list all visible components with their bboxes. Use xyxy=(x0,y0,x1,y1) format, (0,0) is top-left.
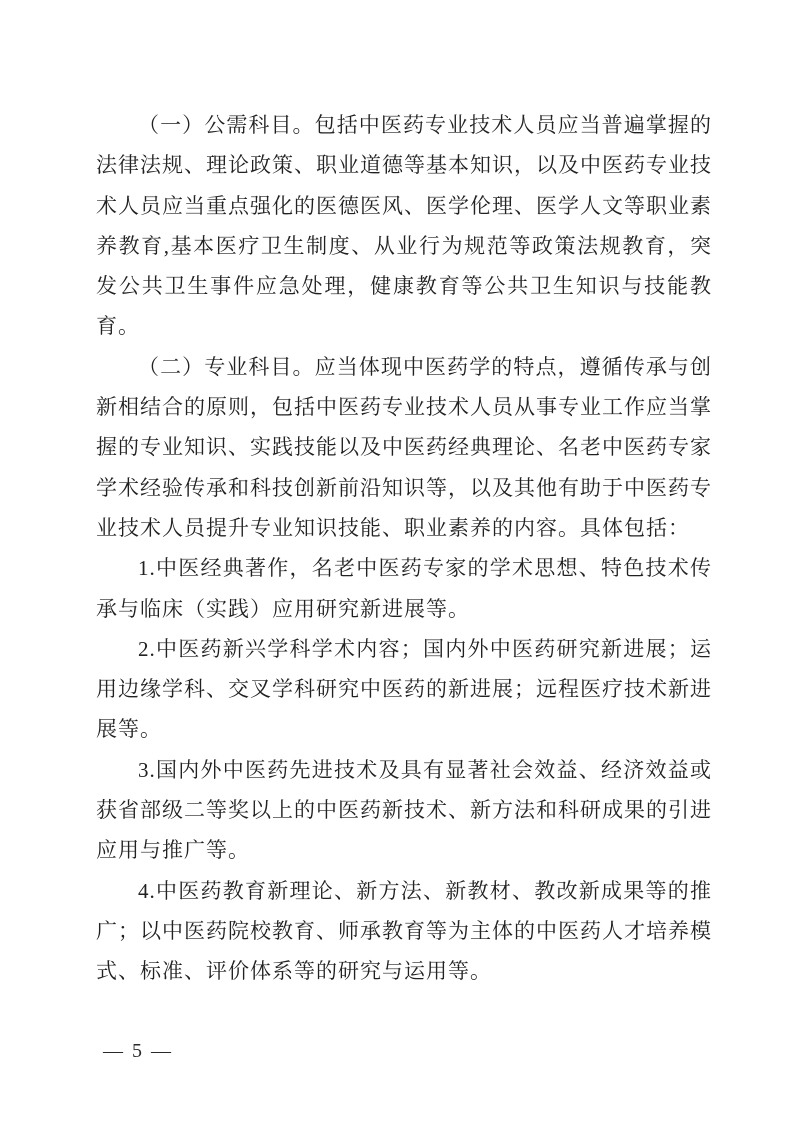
list-item-3: 3.国内外中医药先进技术及具有显著社会效益、经济效益或获省部级二等奖以上的中医药… xyxy=(96,750,712,871)
list-item-2: 2.中医药新兴学科学术内容；国内外中医药研究新进展；运用边缘学科、交叉学科研究中… xyxy=(96,629,712,750)
paragraph-public-subjects: （一）公需科目。包括中医药专业技术人员应当普遍掌握的法律法规、理论政策、职业道德… xyxy=(96,105,712,347)
page-number: — 5 — xyxy=(103,1038,173,1064)
document-body: （一）公需科目。包括中医药专业技术人员应当普遍掌握的法律法规、理论政策、职业道德… xyxy=(96,105,712,992)
document-page: （一）公需科目。包括中医药专业技术人员应当普遍掌握的法律法规、理论政策、职业道德… xyxy=(0,0,800,1131)
list-item-1: 1.中医经典著作，名老中医药专家的学术思想、特色技术传承与临床（实践）应用研究新… xyxy=(96,548,712,629)
paragraph-professional-subjects: （二）专业科目。应当体现中医药学的特点，遵循传承与创新相结合的原则，包括中医药专… xyxy=(96,347,712,548)
list-item-4: 4.中医药教育新理论、新方法、新教材、教改新成果等的推广；以中医药院校教育、师承… xyxy=(96,871,712,992)
